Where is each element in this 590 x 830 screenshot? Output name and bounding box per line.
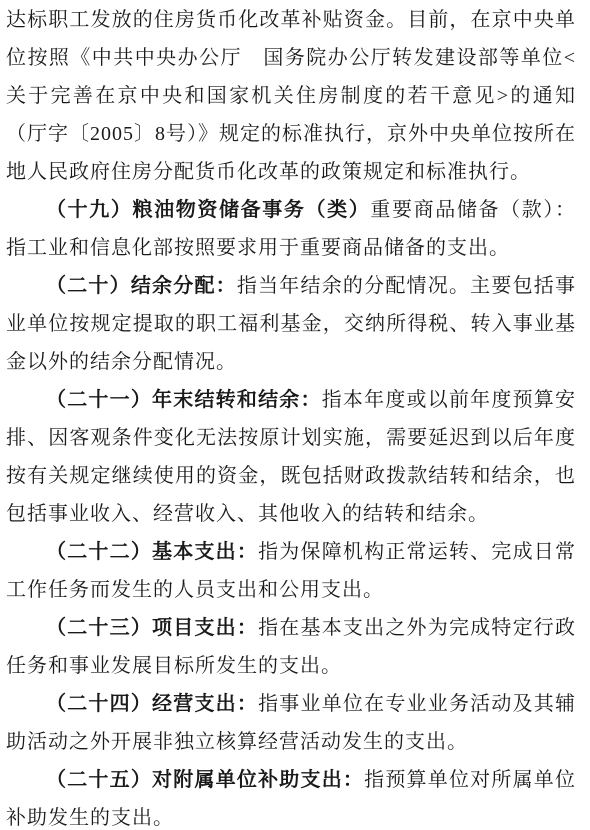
paragraph-item-24: （二十四）经营支出：指事业单位在专业业务活动及其辅助活动之外开展非独立核算经营活… [6,685,576,761]
term-label: （二十四）经营支出： [46,693,258,715]
paragraph-item-21: （二十一）年末结转和结余：指本年度或以前年度预算安排、因客观条件变化无法按原计划… [6,381,576,533]
paragraph-continuation: 达标职工发放的住房货币化改革补贴资金。目前，在京中央单位按照《中共中央办公厅 国… [6,1,576,191]
term-label: （十九）粮油物资储备事务（类） [46,199,370,221]
term-label: （二十）结余分配： [46,275,237,297]
document-page: 达标职工发放的住房货币化改革补贴资金。目前，在京中央单位按照《中共中央办公厅 国… [0,0,590,830]
term-label: （二十一）年末结转和结余： [46,389,322,411]
term-label: （二十二）基本支出： [46,541,258,563]
paragraph-item-23: （二十三）项目支出：指在基本支出之外为完成特定行政任务和事业发展目标所发生的支出… [6,609,576,685]
paragraph-item-19: （十九）粮油物资储备事务（类）重要商品储备（款）：指工业和信息化部按照要求用于重… [6,191,576,267]
paragraph-item-25: （二十五）对附属单位补助支出：指预算单位对所属单位补助发生的支出。 [6,761,576,830]
term-label: （二十三）项目支出： [46,617,258,639]
paragraph-item-20: （二十）结余分配：指当年结余的分配情况。主要包括事业单位按规定提取的职工福利基金… [6,267,576,381]
paragraph-item-22: （二十二）基本支出：指为保障机构正常运转、完成日常工作任务而发生的人员支出和公用… [6,533,576,609]
term-label: （二十五）对附属单位补助支出： [46,769,364,791]
paragraph-text: 达标职工发放的住房货币化改革补贴资金。目前，在京中央单位按照《中共中央办公厅 国… [6,9,576,183]
